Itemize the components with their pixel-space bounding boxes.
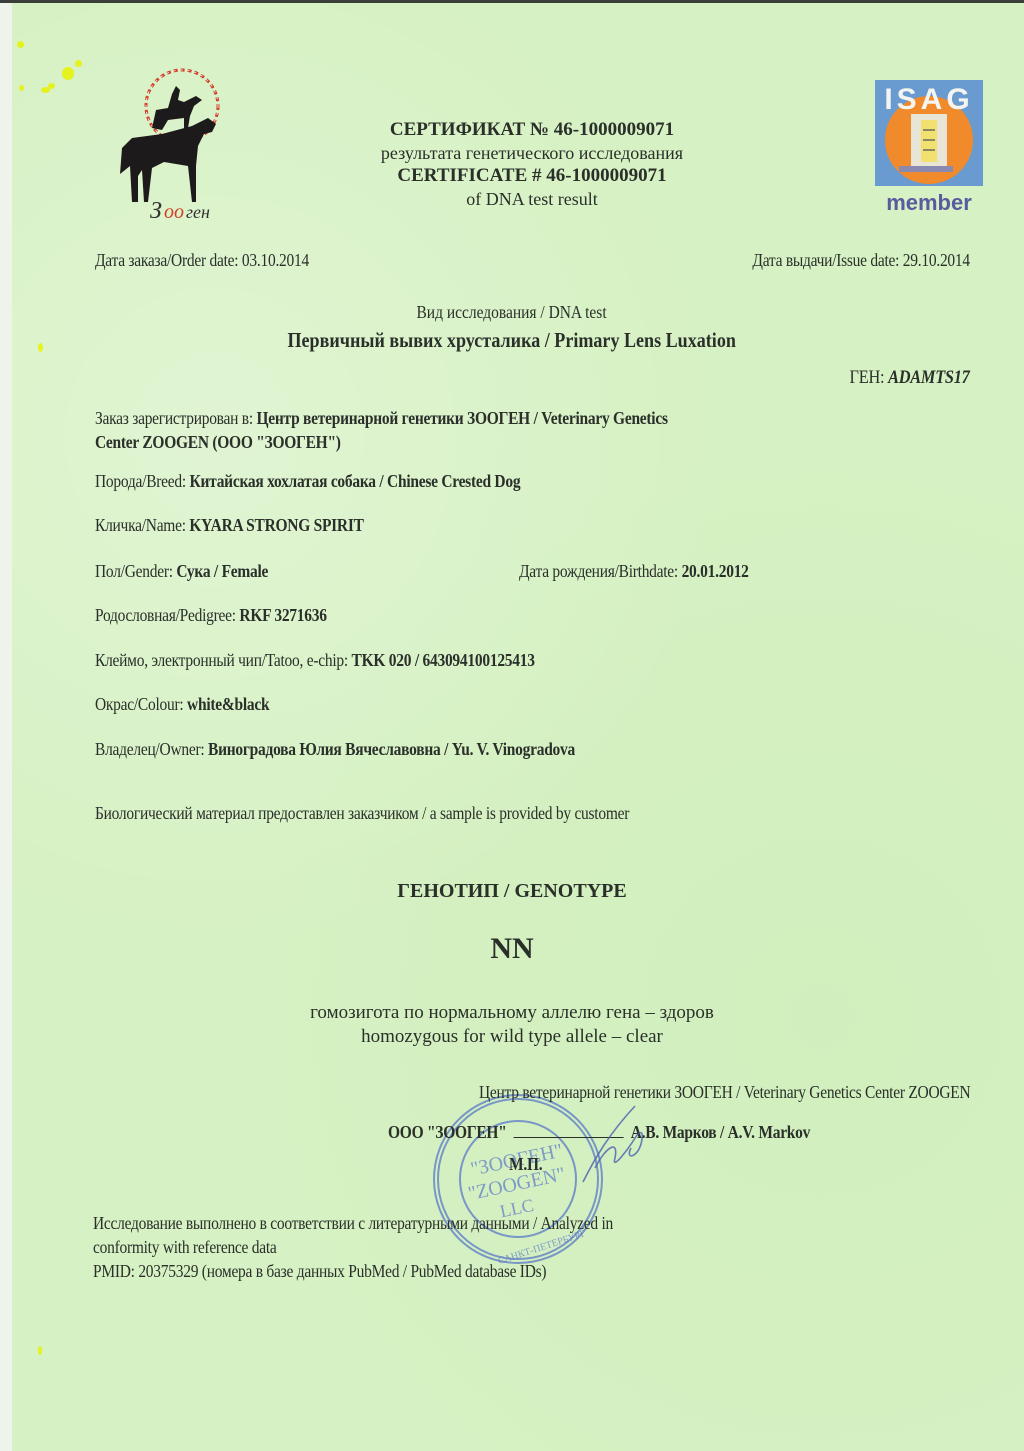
registered-value-line1: Центр ветеринарной генетики ЗООГЕН / Vet… bbox=[256, 408, 667, 428]
sample-note: Биологический материал предоставлен зака… bbox=[95, 803, 716, 824]
dna-test-type: Вид исследования / DNA test bbox=[417, 302, 607, 323]
colour: Окрас/Colour: white&black bbox=[95, 694, 298, 715]
name-value: KYARA STRONG SPIRIT bbox=[189, 515, 363, 535]
dog-name: Кличка/Name: KYARA STRONG SPIRIT bbox=[95, 515, 407, 536]
company-name: ООО "ЗООГЕН" bbox=[388, 1122, 507, 1142]
svg-text:ген: ген bbox=[186, 202, 210, 222]
footer-line2-text: conformity with reference data bbox=[93, 1237, 277, 1258]
birthdate: Дата рождения/Birthdate: 20.01.2012 bbox=[519, 561, 786, 582]
speck bbox=[48, 83, 55, 89]
svg-text:ISAG: ISAG bbox=[884, 83, 973, 116]
tattoo-chip: Клеймо, электронный чип/Tatoo, e-chip: T… bbox=[95, 650, 606, 671]
title-en: CERTIFICATE # 46-1000009071 bbox=[300, 164, 764, 188]
footer-line3: PMID: 20375329 (номера в базе данных Pub… bbox=[93, 1261, 620, 1282]
colour-label: Окрас/Colour: bbox=[95, 694, 183, 714]
subtitle-ru: результата генетического исследования bbox=[300, 142, 764, 164]
registered-label: Заказ зарегистрирован в: bbox=[95, 408, 253, 428]
order-date: Дата заказа/Order date: 03.10.2014 bbox=[95, 250, 344, 271]
signature-line bbox=[514, 1137, 624, 1138]
breed-value: Китайская хохлатая собака / Chinese Cres… bbox=[190, 471, 521, 491]
sample-note-text: Биологический материал предоставлен зака… bbox=[95, 803, 629, 824]
isag-member-badge-icon: ISAG member bbox=[873, 78, 985, 216]
dna-test-name-text: Первичный вывих хрусталика / Primary Len… bbox=[288, 328, 736, 353]
issue-date-label: Дата выдачи/Issue date: bbox=[753, 250, 900, 270]
subtitle-en: of DNA test result bbox=[300, 188, 764, 210]
gene-label: ГЕН: bbox=[850, 367, 885, 388]
issue-date: Дата выдачи/Issue date: 29.10.2014 bbox=[717, 250, 970, 271]
order-date-value: 03.10.2014 bbox=[242, 250, 309, 270]
seal-label-text: М.П. bbox=[509, 1154, 542, 1175]
registered-at-line2: Center ZOOGEN (ООО "ЗООГЕН") bbox=[95, 432, 381, 453]
speck bbox=[75, 60, 82, 67]
birthdate-value: 20.01.2012 bbox=[682, 561, 749, 581]
svg-text:З: З bbox=[150, 198, 162, 224]
center-name-text: Центр ветеринарной генетики ЗООГЕН / Vet… bbox=[479, 1082, 970, 1103]
svg-text:member: member bbox=[886, 190, 972, 215]
scan-edge bbox=[0, 0, 12, 1451]
chip-label: Клеймо, электронный чип/Tatoo, e-chip: bbox=[95, 650, 348, 670]
footer-line2: conformity with reference data bbox=[93, 1237, 306, 1258]
speck bbox=[17, 41, 24, 48]
speck bbox=[62, 67, 74, 80]
svg-text:оо: оо bbox=[164, 201, 184, 223]
pedigree-value: RKF 3271636 bbox=[239, 605, 326, 625]
certificate-title-block: СЕРТИФИКАТ № 46-1000009071 результата ге… bbox=[300, 118, 764, 210]
gene: ГЕН: ADAMTS17 bbox=[830, 367, 970, 389]
birthdate-label: Дата рождения/Birthdate: bbox=[519, 561, 678, 581]
speck bbox=[19, 85, 24, 91]
speck bbox=[38, 1346, 42, 1355]
colour-value: white&black bbox=[187, 694, 269, 714]
gender-label: Пол/Gender: bbox=[95, 561, 173, 581]
chip-value: TKK 020 / 643094100125413 bbox=[352, 650, 535, 670]
gender-value: Сука / Female bbox=[176, 561, 268, 581]
interpretation-ru: гомозигота по нормальному аллелю гена – … bbox=[0, 1002, 1024, 1024]
seal-label: М.П. bbox=[509, 1154, 548, 1175]
footer-line1-text: Исследование выполнено в соответствии с … bbox=[93, 1213, 613, 1234]
breed: Порода/Breed: Китайская хохлатая собака … bbox=[95, 471, 590, 492]
signatory-name: А.В. Марков / A.V. Markov bbox=[631, 1122, 810, 1142]
registered-value-line2: Center ZOOGEN (ООО "ЗООГЕН") bbox=[95, 432, 341, 452]
dna-test-label: Вид исследования / DNA test bbox=[0, 302, 1024, 323]
dna-test-name: Первичный вывих хрусталика / Primary Len… bbox=[0, 328, 1024, 353]
genotype-value: NN bbox=[0, 932, 1024, 966]
footer-line1: Исследование выполнено в соответствии с … bbox=[93, 1213, 698, 1234]
registered-at: Заказ зарегистрирован в: Центр ветеринар… bbox=[95, 408, 761, 429]
name-label: Кличка/Name: bbox=[95, 515, 186, 535]
genotype-heading: ГЕНОТИП / GENOTYPE bbox=[0, 880, 1024, 903]
owner-value: Виноградова Юлия Вячеславовна / Yu. V. V… bbox=[208, 739, 575, 759]
pedigree-label: Родословная/Pedigree: bbox=[95, 605, 236, 625]
company-signature-line: ООО "ЗООГЕН" А.В. Марков / A.V. Markov bbox=[388, 1122, 879, 1143]
pedigree: Родословная/Pedigree: RKF 3271636 bbox=[95, 605, 364, 626]
gender: Пол/Gender: Сука / Female bbox=[95, 561, 296, 582]
title-ru: СЕРТИФИКАТ № 46-1000009071 bbox=[300, 118, 764, 142]
breed-label: Порода/Breed: bbox=[95, 471, 186, 491]
owner: Владелец/Owner: Виноградова Юлия Вячесла… bbox=[95, 739, 653, 760]
footer-line3-text: PMID: 20375329 (номера в базе данных Pub… bbox=[93, 1261, 546, 1282]
gene-value: ADAMTS17 bbox=[889, 367, 970, 388]
zoogen-logo-icon: З оо ген bbox=[112, 66, 242, 226]
order-date-label: Дата заказа/Order date: bbox=[95, 250, 238, 270]
center-name: Центр ветеринарной генетики ЗООГЕН / Vet… bbox=[399, 1082, 970, 1103]
interpretation-en: homozygous for wild type allele – clear bbox=[0, 1026, 1024, 1048]
owner-label: Владелец/Owner: bbox=[95, 739, 204, 759]
issue-date-value: 29.10.2014 bbox=[903, 250, 970, 270]
